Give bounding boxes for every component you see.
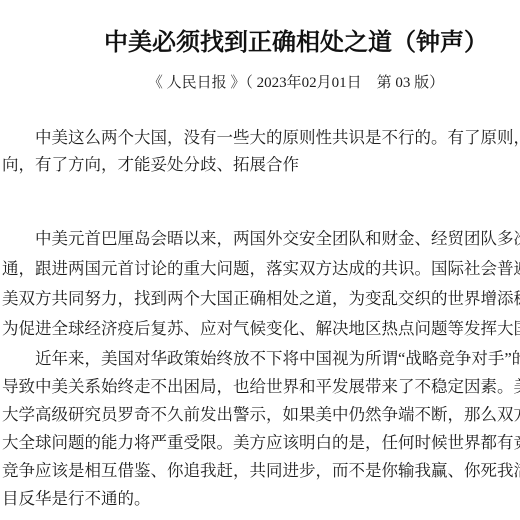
text-line: 向，有了方向，才能妥处分歧、拓展合作 bbox=[2, 151, 520, 178]
body-paragraph-2: 近年来，美国对华政策始终放不下将中国视为所谓“战略竞争对手”的 导致中美关系始终… bbox=[2, 345, 520, 513]
text-line: 近年来，美国对华政策始终放不下将中国视为所谓“战略竞争对手”的 bbox=[2, 345, 520, 373]
text-line: 通，跟进两国元首讨论的重大问题，落实双方达成的共识。国际社会普遍 bbox=[2, 254, 520, 284]
text-line: 美双方共同努力，找到两个大国正确相处之道，为变乱交织的世界增添稳 bbox=[2, 284, 520, 314]
body-paragraph-1: 中美元首巴厘岛会晤以来，两国外交安全团队和财金、经贸团队多次 通，跟进两国元首讨… bbox=[2, 224, 520, 344]
text-line: 竞争应该是相互借鉴、你追我赶，共同进步，而不是你输我赢、你死我活 bbox=[2, 457, 520, 485]
lead-paragraph: 中美这么两个大国，没有一些大的原则性共识是不行的。有了原则， 向，有了方向，才能… bbox=[2, 124, 520, 178]
text-line: 目反华是行不通的。 bbox=[2, 485, 520, 513]
text-line: 大全球问题的能力将严重受限。美方应该明白的是，任何时候世界都有竞 bbox=[2, 429, 520, 457]
article-title: 中美必须找到正确相处之道（钟声） bbox=[2, 28, 520, 58]
text-line: 导致中美关系始终走不出困局，也给世界和平发展带来了不稳定因素。美 bbox=[2, 373, 520, 401]
text-line: 中美元首巴厘岛会晤以来，两国外交安全团队和财金、经贸团队多次 bbox=[2, 224, 520, 254]
text-line: 大学高级研究员罗奇不久前发出警示，如果美中仍然争端不断，那么双方 bbox=[2, 401, 520, 429]
article-source: 《 人民日报 》（ 2023年02月01日 第 03 版） bbox=[2, 73, 520, 93]
text-line: 中美这么两个大国，没有一些大的原则性共识是不行的。有了原则， bbox=[2, 124, 520, 151]
text-line: 为促进全球经济疫后复苏、应对气候变化、解决地区热点问题等发挥大国 bbox=[2, 314, 520, 344]
